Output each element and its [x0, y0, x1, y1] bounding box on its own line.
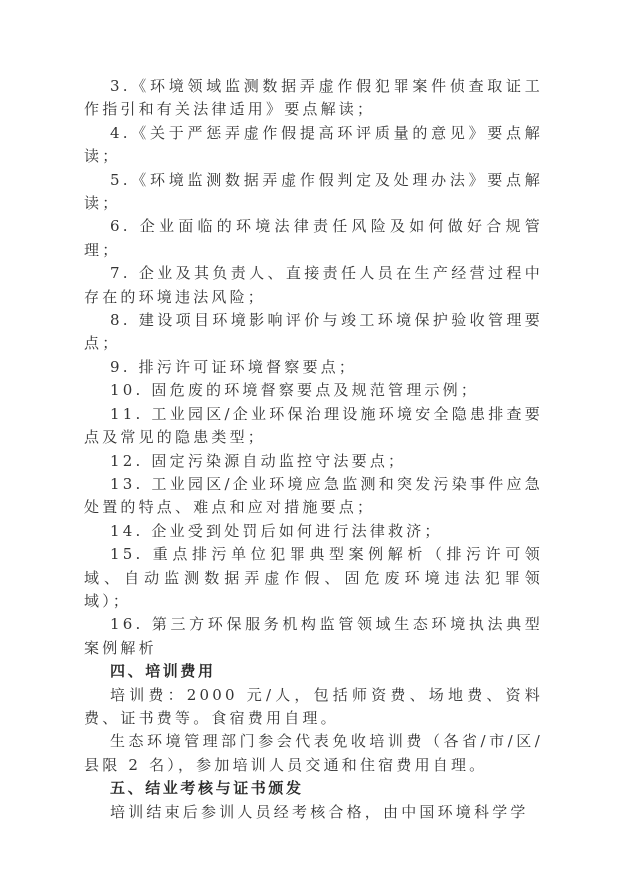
list-item-8: 8. 建设项目环境影响评价与竣工环境保护验收管理要点；	[84, 309, 543, 356]
document-page: 3.《环境领域监测数据弄虚作假犯罪案件侦查取证工作指引和有关法律适用》要点解读；…	[0, 0, 632, 895]
section-heading: 四、培训费用	[84, 660, 543, 683]
list-item-13: 13. 工业园区/企业环境应急监测和突发污染事件应急处置的特点、难点和应对措施要…	[84, 473, 543, 520]
list-item-10: 10. 固危废的环境督察要点及规范管理示例；	[84, 379, 543, 402]
list-item-11: 11. 工业园区/企业环保治理设施环境安全隐患排查要点及常见的隐患类型；	[84, 403, 543, 450]
section-heading: 五、结业考核与证书颁发	[84, 777, 543, 800]
list-item-12: 12. 固定污染源自动监控守法要点；	[84, 450, 543, 473]
body-paragraph: 培训结束后参训人员经考核合格，由中国环境科学学	[84, 801, 543, 824]
list-item-4: 4.《关于严惩弄虚作假提高环评质量的意见》要点解读；	[84, 122, 543, 169]
list-item-7: 7. 企业及其负责人、直接责任人员在生产经营过程中存在的环境违法风险；	[84, 262, 543, 309]
list-item-15: 15. 重点排污单位犯罪典型案例解析（排污许可领域、自动监测数据弄虚作假、固危废…	[84, 543, 543, 613]
list-item-16: 16. 第三方环保服务机构监管领域生态环境执法典型案例解析	[84, 613, 543, 660]
list-item-3: 3.《环境领域监测数据弄虚作假犯罪案件侦查取证工作指引和有关法律适用》要点解读；	[84, 75, 543, 122]
list-item-14: 14. 企业受到处罚后如何进行法律救济；	[84, 520, 543, 543]
document-content: 3.《环境领域监测数据弄虚作假犯罪案件侦查取证工作指引和有关法律适用》要点解读；…	[84, 75, 543, 824]
list-item-9: 9. 排污许可证环境督察要点；	[84, 356, 543, 379]
list-item-6: 6. 企业面临的环境法律责任风险及如何做好合规管理；	[84, 215, 543, 262]
list-item-5: 5.《环境监测数据弄虚作假判定及处理办法》要点解读；	[84, 169, 543, 216]
body-paragraph: 培训费：2000 元/人，包括师资费、场地费、资料费、证书费等。食宿费用自理。	[84, 684, 543, 731]
body-paragraph: 生态环境管理部门参会代表免收培训费（各省/市/区/县限 2 名），参加培训人员交…	[84, 730, 543, 777]
